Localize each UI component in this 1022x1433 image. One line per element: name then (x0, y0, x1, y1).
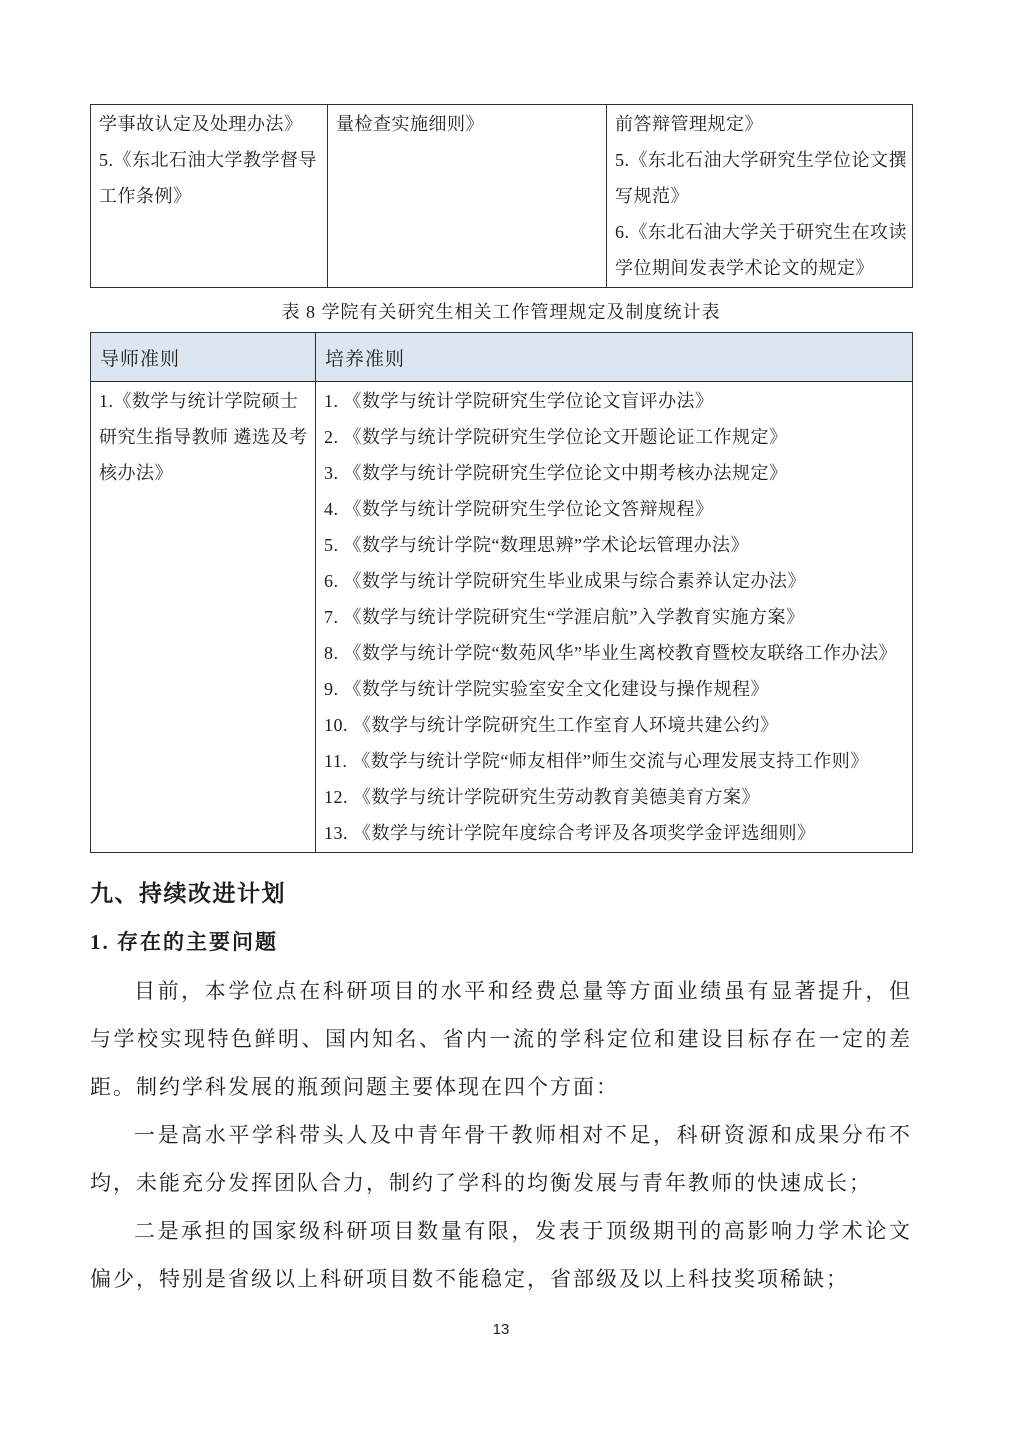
table-cell-mentor: 1.《数学与统计学院硕士 研究生指导教师 遴选及考 核办法》 (91, 382, 316, 853)
table-caption: 表 8 学院有关研究生相关工作管理规定及制度统计表 (90, 300, 912, 324)
list-item: 9. 《数学与统计学院实验室安全文化建设与操作规程》 (324, 671, 908, 707)
section-heading: 九、持续改进计划 (90, 877, 912, 909)
table-row: 学事故认定及处理办法》 5.《东北石油大学教学督导 工作条例》 量检查实施细则》… (91, 105, 913, 288)
paragraph: 一是高水平学科带头人及中青年骨干教师相对不足，科研资源和成果分布不 均，未能充分… (90, 1111, 912, 1207)
list-item: 1. 《数学与统计学院研究生学位论文盲评办法》 (324, 383, 908, 419)
cell-line: 5.《东北石油大学教学督导 (99, 142, 323, 178)
paragraph: 目前，本学位点在科研项目的水平和经费总量等方面业绩虽有显著提升，但 与学校实现特… (90, 967, 912, 1111)
table-row: 1.《数学与统计学院硕士 研究生指导教师 遴选及考 核办法》 1. 《数学与统计… (91, 382, 913, 853)
cell-line: 研究生指导教师 遴选及考 (99, 419, 311, 455)
cell-line: 6.《东北石油大学关于研究生在攻读 (615, 214, 908, 250)
paragraph-line: 与学校实现特色鲜明、国内知名、省内一流的学科定位和建设目标存在一定的差 (90, 1015, 912, 1063)
regulations-table-continued: 学事故认定及处理办法》 5.《东北石油大学教学督导 工作条例》 量检查实施细则》… (90, 104, 913, 288)
list-item: 6. 《数学与统计学院研究生毕业成果与综合素养认定办法》 (324, 563, 908, 599)
table8-regulations: 导师准则 培养准则 1.《数学与统计学院硕士 研究生指导教师 遴选及考 核办法》… (90, 332, 913, 853)
header-cell-mentor-rules: 导师准则 (91, 333, 316, 382)
cell-line: 核办法》 (99, 455, 311, 491)
table-cell-teaching: 学事故认定及处理办法》 5.《东北石油大学教学督导 工作条例》 (91, 105, 328, 288)
cell-line: 5.《东北石油大学研究生学位论文撰 (615, 142, 908, 178)
page-number: 13 (90, 1321, 912, 1338)
list-item: 4. 《数学与统计学院研究生学位论文答辩规程》 (324, 491, 908, 527)
list-item: 3. 《数学与统计学院研究生学位论文中期考核办法规定》 (324, 455, 908, 491)
header-cell-training-rules: 培养准则 (316, 333, 913, 382)
list-item: 2. 《数学与统计学院研究生学位论文开题论证工作规定》 (324, 419, 908, 455)
list-item: 13. 《数学与统计学院年度综合考评及各项奖学金评选细则》 (324, 815, 908, 851)
cell-line: 1.《数学与统计学院硕士 (99, 383, 311, 419)
document-page: 学事故认定及处理办法》 5.《东北石油大学教学督导 工作条例》 量检查实施细则》… (0, 0, 1022, 1338)
paragraph: 二是承担的国家级科研项目数量有限，发表于顶级期刊的高影响力学术论文 偏少，特别是… (90, 1207, 912, 1303)
cell-line: 学事故认定及处理办法》 (99, 106, 323, 142)
cell-line: 学位期间发表学术论文的规定》 (615, 250, 908, 286)
list-item: 7. 《数学与统计学院研究生“学涯启航”入学教育实施方案》 (324, 599, 908, 635)
table-header-row: 导师准则 培养准则 (91, 333, 913, 382)
cell-line: 量检查实施细则》 (336, 106, 602, 142)
cell-line: 前答辩管理规定》 (615, 106, 908, 142)
cell-line: 写规范》 (615, 178, 908, 214)
list-item: 11. 《数学与统计学院“师友相伴”师生交流与心理发展支持工作则》 (324, 743, 908, 779)
paragraph-line: 一是高水平学科带头人及中青年骨干教师相对不足，科研资源和成果分布不 (90, 1111, 912, 1159)
paragraph-line: 二是承担的国家级科研项目数量有限，发表于顶级期刊的高影响力学术论文 (90, 1207, 912, 1255)
table-cell-training: 1. 《数学与统计学院研究生学位论文盲评办法》 2. 《数学与统计学院研究生学位… (316, 382, 913, 853)
subsection-heading: 1. 存在的主要问题 (90, 927, 912, 957)
paragraph-line: 均，未能充分发挥团队合力，制约了学科的均衡发展与青年教师的快速成长； (90, 1159, 912, 1207)
list-item: 10. 《数学与统计学院研究生工作室育人环境共建公约》 (324, 707, 908, 743)
paragraph-line: 目前，本学位点在科研项目的水平和经费总量等方面业绩虽有显著提升，但 (90, 967, 912, 1015)
list-item: 8. 《数学与统计学院“数苑风华”毕业生离校教育暨校友联络工作办法》 (324, 635, 908, 671)
table-cell-graduate: 前答辩管理规定》 5.《东北石油大学研究生学位论文撰 写规范》 6.《东北石油大… (607, 105, 913, 288)
list-item: 12. 《数学与统计学院研究生劳动教育美德美育方案》 (324, 779, 908, 815)
paragraph-line: 偏少，特别是省级以上科研项目数不能稳定，省部级及以上科技奖项稀缺； (90, 1255, 912, 1303)
body-text: 目前，本学位点在科研项目的水平和经费总量等方面业绩虽有显著提升，但 与学校实现特… (90, 967, 912, 1303)
list-item: 5. 《数学与统计学院“数理思辨”学术论坛管理办法》 (324, 527, 908, 563)
table-cell-quality: 量检查实施细则》 (328, 105, 607, 288)
cell-line: 工作条例》 (99, 178, 323, 214)
paragraph-line: 距。制约学科发展的瓶颈问题主要体现在四个方面： (90, 1063, 912, 1111)
